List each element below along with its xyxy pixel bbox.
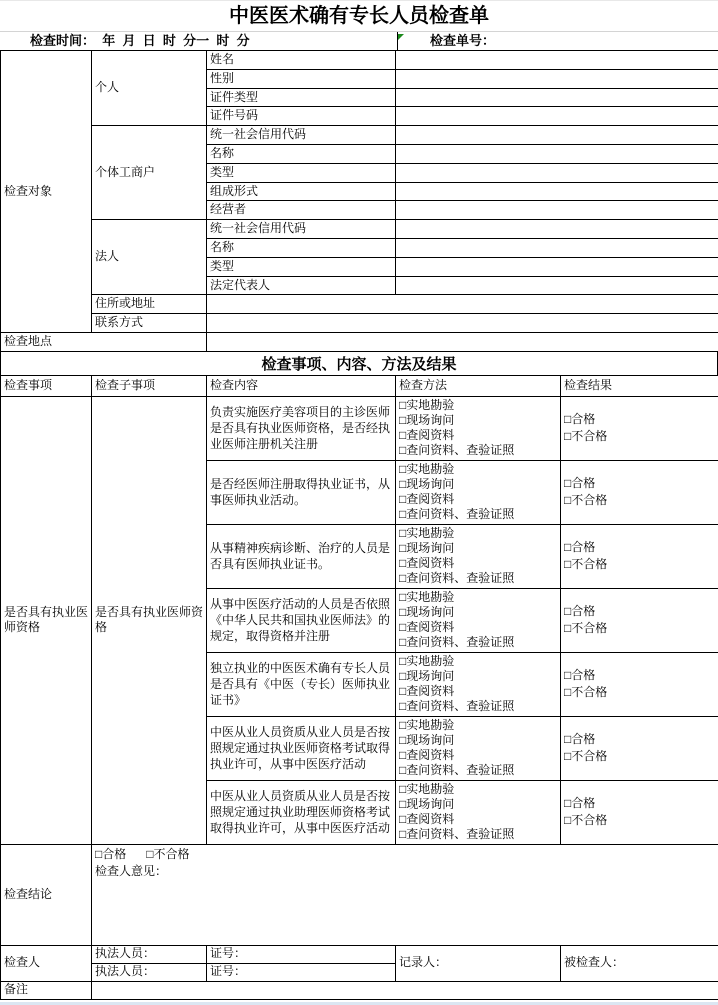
content-cell: 独立执业的中医医术确有专长人员是否具有《中医（专长）医师执业证书》 [207,652,396,716]
enforcer-label-1[interactable]: 执法人员： [92,945,207,963]
results-cell: □合格 □不合格 [561,652,718,716]
method-checkbox-line[interactable]: □实地勘验 [399,718,557,733]
field-label-lp-name: 名称 [207,238,396,257]
field-label-credit-code: 统一社会信用代码 [207,126,396,145]
result-checkbox-line[interactable]: □合格 [564,475,715,492]
column-header-item: 检查事项 [1,375,92,396]
value-cell-name[interactable] [396,51,718,70]
result-checkbox-line[interactable]: □合格 [564,411,715,428]
conclusion-checkbox-line[interactable]: □合格 □不合格 [95,846,715,863]
content-cell: 中医从业人员资质从业人员是否按照规定通过执业助理医师资格考试取得执业许可，从事中… [207,780,396,844]
value-cell-id-number[interactable] [396,107,718,126]
column-header-content: 检查内容 [207,375,396,396]
methods-cell: □实地勘验 □现场询问 □查阅资料 □查问资料、查验证照 [396,396,561,460]
group-label-individual: 个人 [92,51,207,126]
method-checkbox-line[interactable]: □现场询问 [399,541,557,556]
checklist-table: 检查事项 检查子事项 检查内容 检查方法 检查结果 是否具有执业医师资格 是否具… [0,375,718,845]
column-header-method: 检查方法 [396,375,561,396]
field-label-composition-form: 组成形式 [207,182,396,201]
method-checkbox-line[interactable]: □现场询问 [399,669,557,684]
result-checkbox-line[interactable]: □不合格 [564,812,715,829]
method-checkbox-line[interactable]: □查阅资料 [399,812,557,827]
method-checkbox-line[interactable]: □实地勘验 [399,782,557,797]
checklist-section-title: 检查事项、内容、方法及结果 [0,351,718,376]
inspector-label: 检查人 [1,945,92,981]
content-cell: 中医从业人员资质从业人员是否按照规定通过执业医师资格考试取得执业许可，从事中医医… [207,716,396,780]
methods-cell: □实地勘验 □现场询问 □查阅资料 □查问资料、查验证照 [396,716,561,780]
result-checkbox-line[interactable]: □不合格 [564,748,715,765]
method-checkbox-line[interactable]: □查问资料、查验证照 [399,443,557,458]
method-checkbox-line[interactable]: □查阅资料 [399,492,557,507]
value-cell-composition-form[interactable] [396,182,718,201]
results-cell: □合格 □不合格 [561,588,718,652]
remarks-label: 备注 [1,981,92,999]
result-checkbox-line[interactable]: □合格 [564,539,715,556]
methods-cell: □实地勘验 □现场询问 □查阅资料 □查问资料、查验证照 [396,524,561,588]
result-checkbox-line[interactable]: □不合格 [564,428,715,445]
group-label-legal-person: 法人 [92,220,207,295]
result-checkbox-line[interactable]: □合格 [564,667,715,684]
results-cell: □合格 □不合格 [561,524,718,588]
field-label-operator: 经营者 [207,201,396,220]
conclusion-signature-table: 检查结论 □合格 □不合格 检查人意见： 检查人 执法人员： 证号： 记录人： … [0,844,718,1000]
methods-cell: □实地勘验 □现场询问 □查阅资料 □查问资料、查验证照 [396,588,561,652]
method-checkbox-line[interactable]: □现场询问 [399,797,557,812]
row-label-inspection-target: 检查对象 [1,51,92,333]
results-cell: □合格 □不合格 [561,396,718,460]
field-label-lp-credit-code: 统一社会信用代码 [207,220,396,239]
result-checkbox-line[interactable]: □合格 [564,795,715,812]
method-checkbox-line[interactable]: □查问资料、查验证照 [399,827,557,842]
content-cell: 是否经医师注册取得执业证书，从事医师执业活动。 [207,460,396,524]
field-label-name: 姓名 [207,51,396,70]
method-checkbox-line[interactable]: □查问资料、查验证照 [399,507,557,522]
field-label-business-type: 类型 [207,163,396,182]
method-checkbox-line[interactable]: □现场询问 [399,477,557,492]
value-cell-business-name[interactable] [396,144,718,163]
content-cell: 从事中医医疗活动的人员是否依照《中华人民共和国执业医师法》的规定，取得资格并注册 [207,588,396,652]
field-label-id-number: 证件号码 [207,107,396,126]
field-label-gender: 性别 [207,69,396,88]
target-info-table: 检查对象 个人 姓名 性别 证件类型 证件号码 个体工商户 统一社会信用代码 名… [0,50,718,352]
method-checkbox-line[interactable]: □查阅资料 [399,428,557,443]
value-cell-business-type[interactable] [396,163,718,182]
method-checkbox-line[interactable]: □查阅资料 [399,748,557,763]
recorder-label[interactable]: 记录人： [396,945,561,981]
method-checkbox-line[interactable]: □查问资料、查验证照 [399,571,557,586]
method-checkbox-line[interactable]: □实地勘验 [399,398,557,413]
field-label-business-name: 名称 [207,144,396,163]
field-label-lp-type: 类型 [207,257,396,276]
method-checkbox-line[interactable]: □实地勘验 [399,526,557,541]
results-cell: □合格 □不合格 [561,780,718,844]
value-cell-contact[interactable] [207,314,718,333]
content-cell: 负责实施医疗美容项目的主诊医师是否具有执业医师资格，是否经执业医师注册机关注册 [207,396,396,460]
result-checkbox-line[interactable]: □不合格 [564,620,715,637]
conclusion-cell[interactable]: □合格 □不合格 检查人意见： [92,844,718,945]
item-label: 是否具有执业医师资格 [1,396,92,844]
value-cell-legal-representative[interactable] [396,276,718,295]
value-cell-id-type[interactable] [396,88,718,107]
method-checkbox-line[interactable]: □查阅资料 [399,684,557,699]
methods-cell: □实地勘验 □现场询问 □查阅资料 □查问资料、查验证照 [396,780,561,844]
method-checkbox-line[interactable]: □查阅资料 [399,620,557,635]
method-checkbox-line[interactable]: □实地勘验 [399,654,557,669]
column-header-result: 检查结果 [561,375,718,396]
method-checkbox-line[interactable]: □现场询问 [399,733,557,748]
group-label-individual-business: 个体工商户 [92,126,207,220]
value-cell-address[interactable] [207,295,718,314]
value-cell-lp-credit-code[interactable] [396,220,718,239]
method-checkbox-line[interactable]: □查问资料、查验证照 [399,635,557,650]
sub-item-label: 是否具有执业医师资格 [92,396,207,844]
field-label-address: 住所或地址 [92,295,207,314]
value-cell-inspection-location[interactable] [207,332,718,351]
method-checkbox-line[interactable]: □现场询问 [399,605,557,620]
inspected-person-label[interactable]: 被检查人： [561,945,718,981]
cert-no-label-1[interactable]: 证号： [207,945,396,963]
result-checkbox-line[interactable]: □不合格 [564,492,715,509]
page-title: 中医医术确有专长人员检查单 [0,0,718,32]
method-checkbox-line[interactable]: □查问资料、查验证照 [399,699,557,714]
results-cell: □合格 □不合格 [561,460,718,524]
result-checkbox-line[interactable]: □不合格 [564,684,715,701]
methods-cell: □实地勘验 □现场询问 □查阅资料 □查问资料、查验证照 [396,460,561,524]
inspection-time-label[interactable]: 检查时间： 年 月 日 时 分一 时 分 [30,32,250,50]
result-checkbox-line[interactable]: □合格 [564,603,715,620]
field-label-legal-representative: 法定代表人 [207,276,396,295]
excel-error-triangle-icon [398,34,404,40]
cert-no-label-2[interactable]: 证号： [207,963,396,981]
method-checkbox-line[interactable]: □查问资料、查验证照 [399,763,557,778]
method-checkbox-line[interactable]: □实地勘验 [399,590,557,605]
spreadsheet-form: 中医医术确有专长人员检查单 检查时间： 年 月 日 时 分一 时 分 检查单号：… [0,0,718,1005]
result-checkbox-line[interactable]: □不合格 [564,556,715,573]
inspection-sheet-no-label[interactable]: 检查单号： [430,32,495,50]
value-cell-credit-code[interactable] [396,126,718,145]
method-checkbox-line[interactable]: □实地勘验 [399,462,557,477]
inspector-opinion-label: 检查人意见： [95,863,715,880]
header-row: 检查时间： 年 月 日 时 分一 时 分 检查单号： [0,32,718,51]
field-label-contact: 联系方式 [92,314,207,333]
remarks-value-cell[interactable] [92,981,718,999]
method-checkbox-line[interactable]: □查阅资料 [399,556,557,571]
value-cell-gender[interactable] [396,69,718,88]
row-label-inspection-location: 检查地点 [1,332,207,351]
field-label-id-type: 证件类型 [207,88,396,107]
content-cell: 从事精神疾病诊断、治疗的人员是否具有医师执业证书。 [207,524,396,588]
value-cell-operator[interactable] [396,201,718,220]
result-checkbox-line[interactable]: □合格 [564,731,715,748]
results-cell: □合格 □不合格 [561,716,718,780]
method-checkbox-line[interactable]: □现场询问 [399,413,557,428]
value-cell-lp-name[interactable] [396,238,718,257]
methods-cell: □实地勘验 □现场询问 □查阅资料 □查问资料、查验证照 [396,652,561,716]
value-cell-lp-type[interactable] [396,257,718,276]
column-header-sub-item: 检查子事项 [92,375,207,396]
conclusion-label: 检查结论 [1,844,92,945]
enforcer-label-2[interactable]: 执法人员： [92,963,207,981]
